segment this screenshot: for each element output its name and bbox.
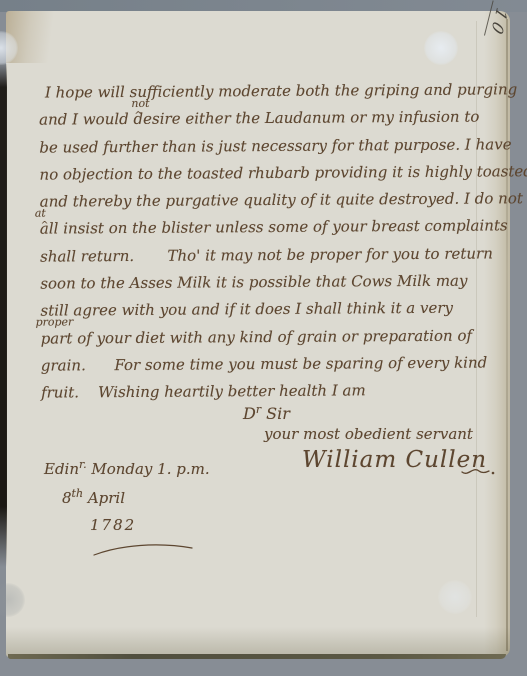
letter-page: I hope will sufficiently moderate both t… <box>6 11 510 657</box>
letter-line: at^all insist on the blister unless some… <box>40 213 496 243</box>
letter-line: and I would not^desire either the Laudan… <box>39 104 495 134</box>
line-text: and thereby the purgative quality of it … <box>40 189 523 210</box>
letter-line: soon to the Asses Milk it is possible th… <box>40 267 496 297</box>
glass-weight <box>424 31 458 65</box>
signature-flourish <box>461 463 495 481</box>
inserted-word: proper <box>35 309 73 337</box>
month-text: April <box>83 489 125 507</box>
line-text: part of your diet with any kind of grain… <box>41 326 472 347</box>
place-superscript: r. <box>79 458 87 471</box>
salutation-text: D <box>243 404 256 423</box>
line-text: be used further than is just necessary f… <box>39 135 511 156</box>
line-text: no objection to the toasted rhubarb prov… <box>39 162 527 183</box>
letter-line: shall return. Tho' it may not be proper … <box>40 240 496 270</box>
caret-mark: ^ <box>41 213 49 240</box>
place-text: Monday 1. p.m. <box>87 460 210 478</box>
line-text: still agree with you and if it does I sh… <box>40 299 453 320</box>
letter-line: and thereby the purgative quality of it … <box>40 186 496 216</box>
page-bottom-edge <box>8 654 506 659</box>
closing-salutation: Dr Sir <box>243 403 290 423</box>
line-text: fruit. Wishing heartily better health I … <box>41 382 366 402</box>
line-text: shall return. Tho' it may not be proper … <box>40 244 493 265</box>
letter-line: properpart of your diet with any kind of… <box>41 322 497 352</box>
line-text: desire either the Laudanum or my infusio… <box>133 108 479 128</box>
letter-line: I hope will sufficiently moderate both t… <box>39 76 495 106</box>
letter-line: grain. For some time you must be sparing… <box>41 349 497 379</box>
manuscript-photograph: I hope will sufficiently moderate both t… <box>0 0 527 676</box>
line-text: soon to the Asses Milk it is possible th… <box>40 272 467 293</box>
letter-line: be used further than is just necessary f… <box>39 131 495 161</box>
dateline-place: Edinr. Monday 1. p.m. <box>44 458 210 478</box>
letter-body-text: I hope will sufficiently moderate both t… <box>39 76 497 407</box>
book-gutter-shadow <box>0 62 7 567</box>
day-text: 8 <box>62 489 72 507</box>
signature: William Cullen <box>302 447 487 473</box>
caret-mark: ^ <box>134 103 142 130</box>
day-superscript: th <box>72 487 84 500</box>
line-text: I hope will sufficiently moderate both t… <box>45 80 517 101</box>
closing-valediction: your most obedient servant <box>264 425 473 443</box>
page-fore-edge <box>506 19 508 651</box>
dateline-year: 1782 <box>90 516 136 534</box>
place-text: Edin <box>44 460 79 478</box>
line-text: and I would <box>39 110 133 129</box>
letter-line: still agree with you and if it does I sh… <box>40 295 496 325</box>
dateline-flourish <box>92 541 196 559</box>
glass-weight <box>438 580 472 614</box>
line-text: grain. For some time you must be sparing… <box>41 353 487 374</box>
salutation-text: Sir <box>261 404 290 423</box>
dateline-day: 8th April <box>62 487 125 507</box>
line-text: all insist on the blister unless some of… <box>40 217 508 238</box>
letter-line: no objection to the toasted rhubarb prov… <box>39 158 495 188</box>
